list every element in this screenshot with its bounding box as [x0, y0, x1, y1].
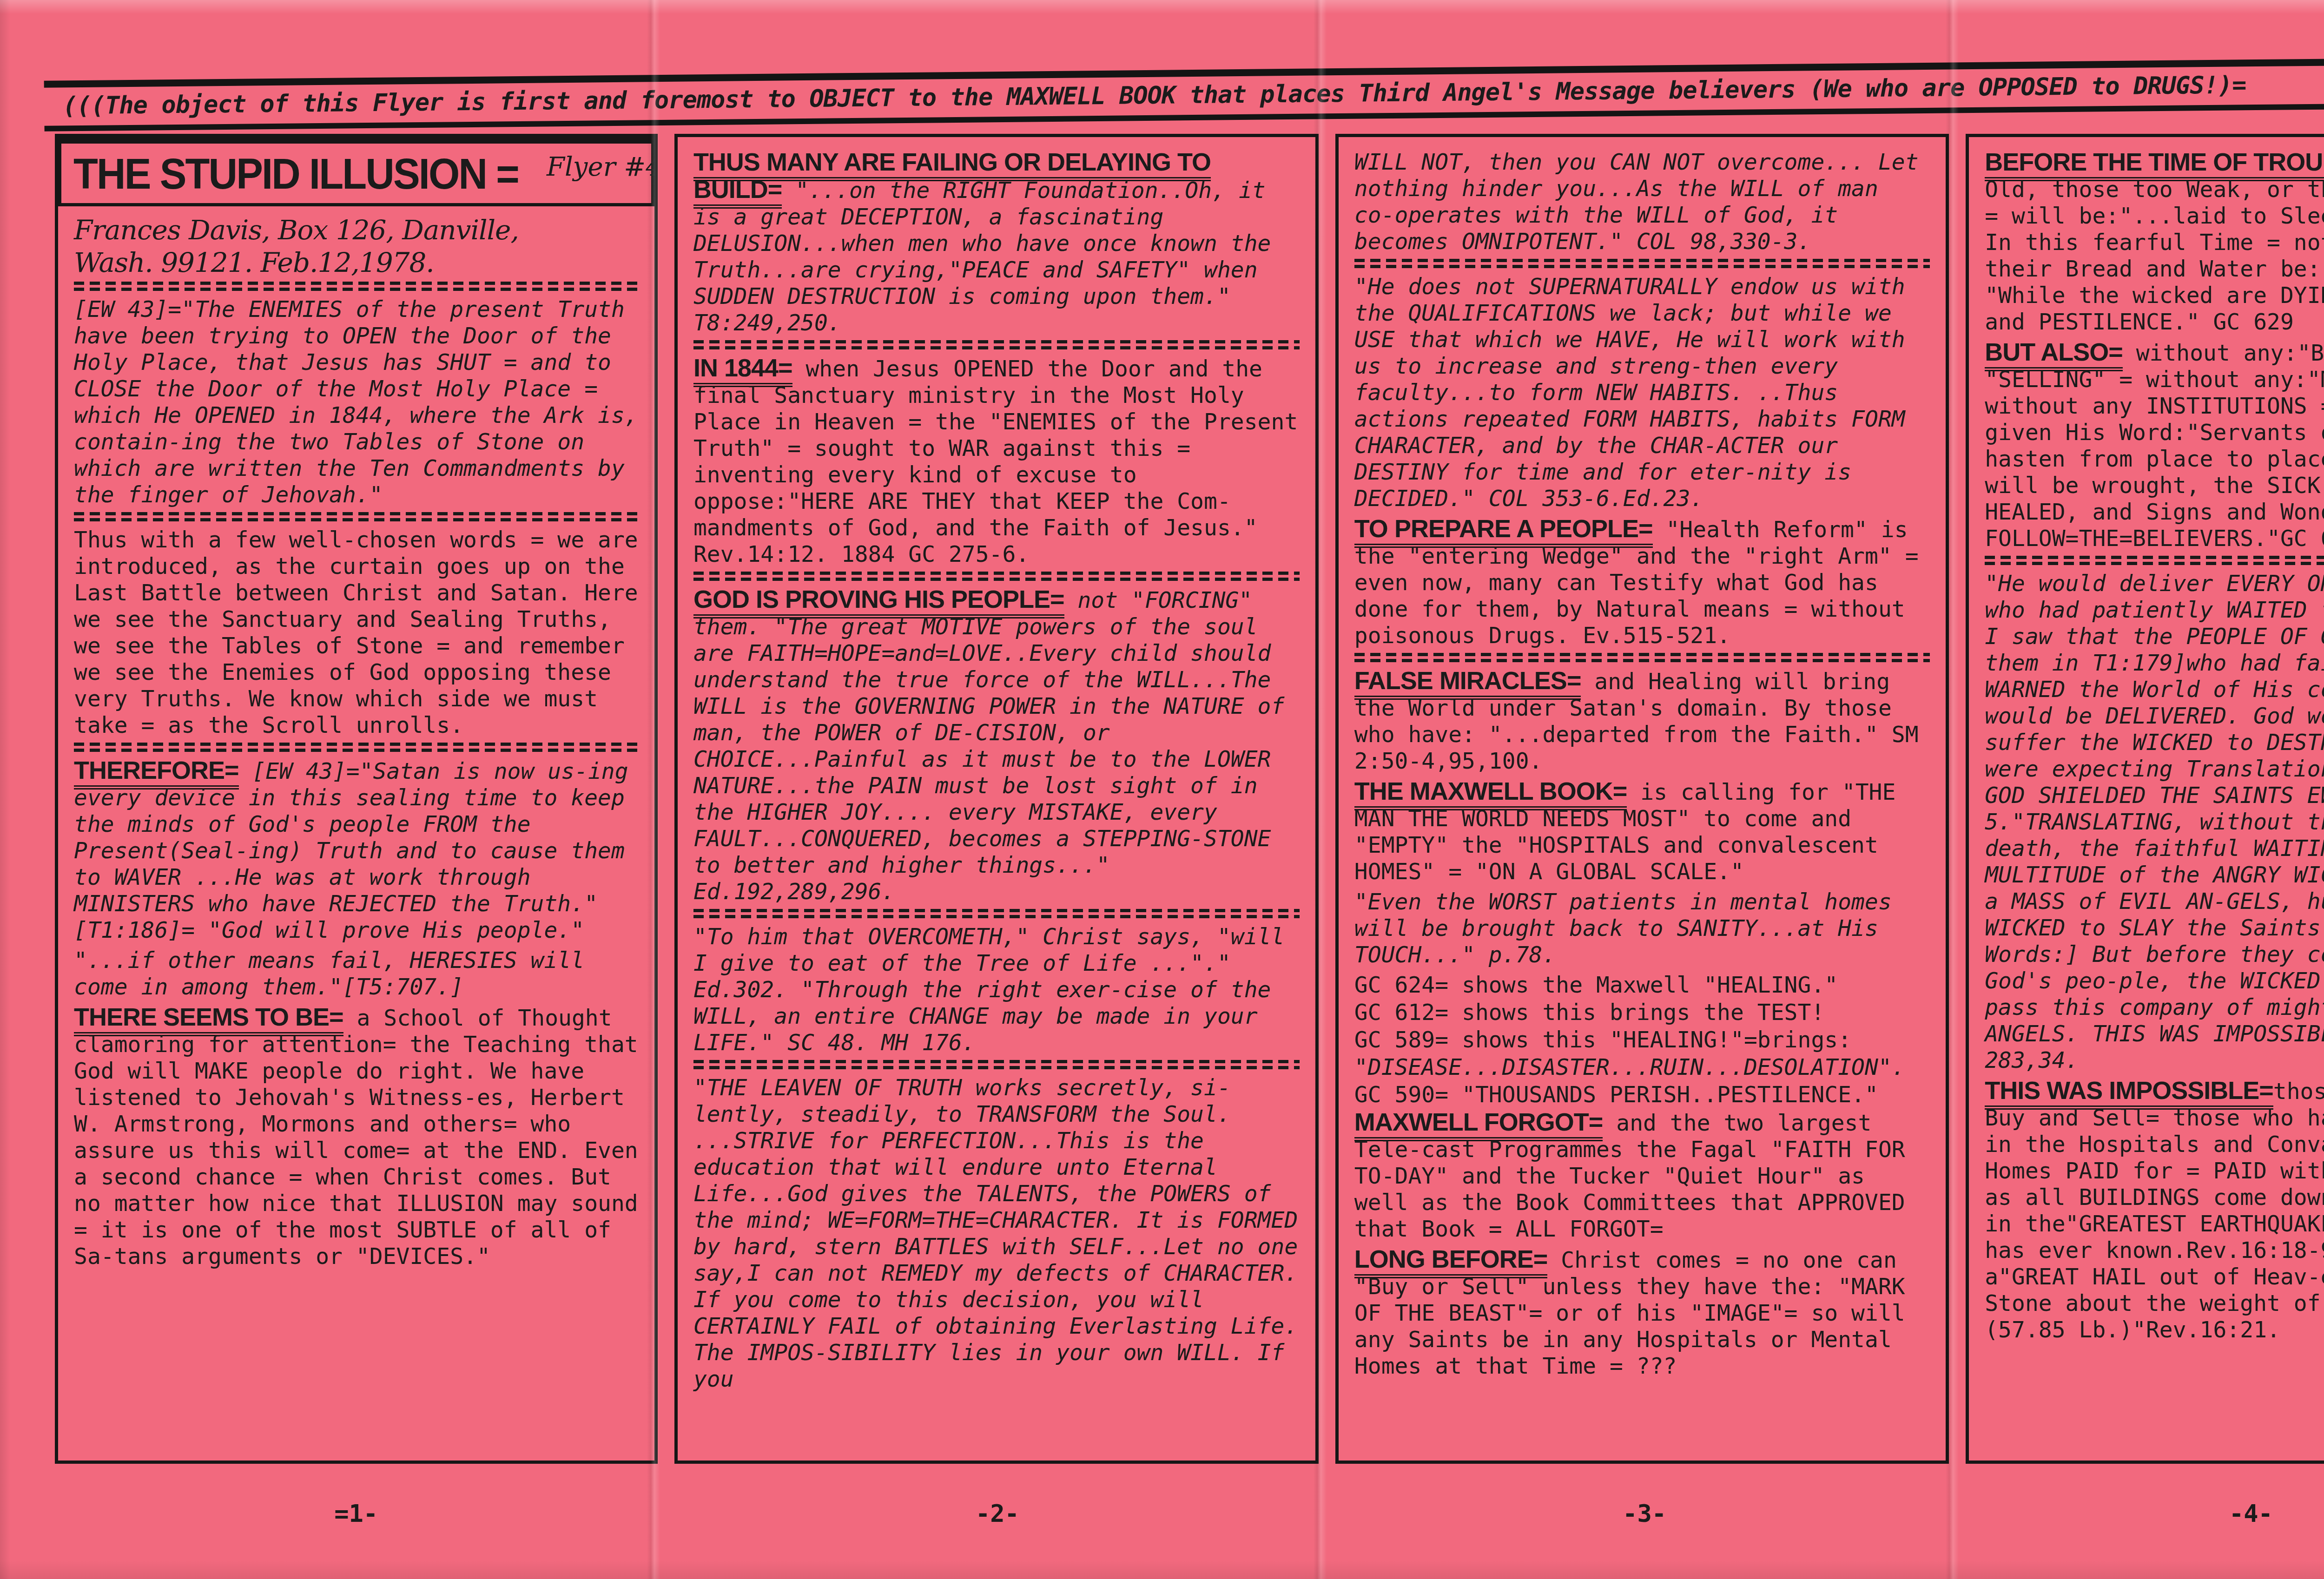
gc-reference-line: GC 612= shows this brings the TEST! [1354, 1000, 1930, 1026]
paragraph-heresies: "...if other means fail, HERESIES will c… [74, 947, 639, 1000]
paragraph-build: THUS MANY ARE FAILING OR DELAYING TO BUI… [693, 149, 1300, 336]
flyer-sheet: (((The object of this Flyer is first and… [0, 0, 2324, 1579]
gc-reference-line: GC 589= shows this "HEALING!"=brings: [1354, 1027, 1930, 1053]
paragraph-deliver: "He would deliver EVERY ONE of those who… [1985, 571, 2324, 1074]
column-4: BEFORE THE TIME OF TROUBLE=those too Old… [1966, 134, 2324, 1464]
flyer-number: Flyer #418. [547, 151, 658, 182]
paragraph-long-before: LONG BEFORE= Christ comes = no one can "… [1354, 1246, 1930, 1380]
paragraph-but-also-text: without any:"BUYING" or "SELLING" = with… [1985, 340, 2324, 552]
paragraph-worst-patients: "Even the WORST patients in mental homes… [1354, 889, 1930, 968]
page-number-4: -4- [1968, 1500, 2324, 1528]
divider [693, 340, 1300, 349]
divider [74, 512, 639, 521]
paragraph-proving: GOD IS PROVING HIS PEOPLE= not "FORCING"… [693, 586, 1300, 905]
gc-reference-line: GC 590= "THOUSANDS PERISH..PESTILENCE." [1354, 1082, 1930, 1108]
paragraph-prepare: TO PREPARE A PEOPLE= "Health Reform" is … [1354, 516, 1930, 649]
divider [693, 572, 1300, 581]
paragraph-1844: IN 1844= when Jesus OPENED the Door and … [693, 355, 1300, 568]
title-box: THE STUPID ILLUSION = Flyer #418. [58, 137, 654, 206]
divider [74, 282, 639, 291]
paragraph-maxwell-book: THE MAXWELL BOOK= is calling for "THE MA… [1354, 778, 1930, 885]
divider [1354, 653, 1930, 662]
top-banner: (((The object of this Flyer is first and… [44, 57, 2324, 132]
paragraph-before-trouble: BEFORE THE TIME OF TROUBLE=those too Old… [1985, 149, 2324, 336]
divider [74, 743, 639, 752]
page-number-2: -2- [674, 1500, 1320, 1528]
paragraph-ew43: [EW 43]="The ENEMIES of the present Trut… [74, 296, 639, 508]
paragraph-therefore-text: [EW 43]="Satan is now us-ing every devic… [74, 758, 628, 943]
paragraph-this-was-impossible-text: those who could Buy and Sell= those who … [1985, 1079, 2324, 1343]
paragraph-endow: "He does not SUPERNATURALLY endow us wit… [1354, 274, 1930, 512]
address-line-1: Frances Davis, Box 126, Danville, [74, 214, 639, 246]
paragraph-school-text: a School of Thought clamoring for attent… [74, 1005, 638, 1270]
columns-row: THE STUPID ILLUSION = Flyer #418. France… [55, 134, 2324, 1464]
paragraph-leaven: "THE LEAVEN OF TRUTH works secretly, si-… [693, 1075, 1300, 1393]
page-number-1: =1- [55, 1500, 657, 1528]
address-line-2: Wash. 99121. Feb.12,1978. [74, 246, 639, 279]
paragraph-thus: Thus with a few well-chosen words = we a… [74, 527, 639, 739]
paragraph-false-miracles: FALSE MIRACLES= and Healing will bring t… [1354, 668, 1930, 775]
paragraph-1844-text: when Jesus OPENED the Door and the final… [693, 356, 1298, 567]
column-1: THE STUPID ILLUSION = Flyer #418. France… [55, 134, 658, 1464]
column-3: WILL NOT, then you CAN NOT overcome... L… [1335, 134, 1949, 1464]
divider [693, 1060, 1300, 1069]
paragraph-will-not: WILL NOT, then you CAN NOT overcome... L… [1354, 149, 1930, 255]
paragraph-before-trouble-text: those too Old, those too Weak, or those … [1985, 150, 2324, 335]
paragraph-school: THERE SEEMS TO BE= a School of Thought c… [74, 1004, 639, 1270]
flyer-title: THE STUPID ILLUSION = [73, 151, 518, 197]
paragraph-this-was-impossible: THIS WAS IMPOSSIBLE=those who could Buy … [1985, 1078, 2324, 1343]
column-2: THUS MANY ARE FAILING OR DELAYING TO BUI… [674, 134, 1319, 1464]
paragraph-proving-text: not "FORCING" them. "The great MOTIVE po… [693, 587, 1285, 905]
paragraph-but-also: BUT ALSO= without any:"BUYING" or "SELLI… [1985, 339, 2324, 552]
divider [1985, 556, 2324, 565]
paragraph-overcometh: "To him that OVERCOMETH," Christ says, "… [693, 924, 1300, 1056]
page-number-3: -3- [1338, 1500, 1952, 1528]
divider [693, 909, 1300, 918]
gc-reference-line: "DISEASE...DISASTER...RUIN...DESOLATION"… [1354, 1054, 1930, 1081]
paragraph-therefore: THEREFORE= [EW 43]="Satan is now us-ing … [74, 757, 639, 944]
gc-reference-line: GC 624= shows the Maxwell "HEALING." [1354, 972, 1930, 999]
paragraph-maxwell-forgot: MAXWELL FORGOT= and the two largest Tele… [1354, 1109, 1930, 1243]
page-numbers-row: =1- -2- -3- -4- [55, 1500, 2324, 1528]
divider [1354, 259, 1930, 268]
